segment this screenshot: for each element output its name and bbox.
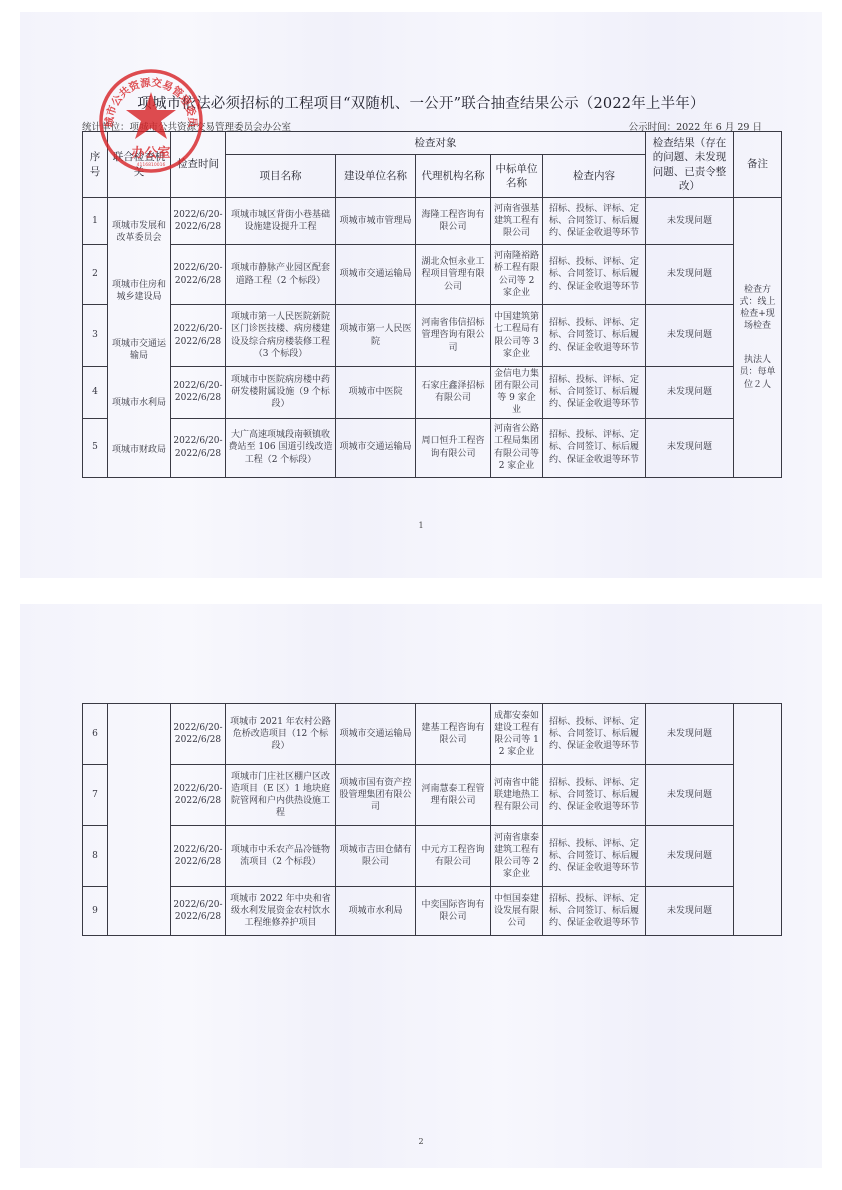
row-agent: 河南慧泰工程管理有限公司 — [416, 765, 491, 826]
header-seq: 序号 — [83, 132, 108, 198]
table-row: 1项城市发展和改革委员会项城市住房和城乡建设局项城市交通运输局项城市水利局项城市… — [83, 198, 782, 245]
table-row: 92022/6/20-2022/6/28项城市 2022 年中央和省级水利发展资… — [83, 887, 782, 936]
row-time: 2022/6/20-2022/6/28 — [171, 367, 226, 419]
row-agent: 中奕国际咨询有限公司 — [416, 887, 491, 936]
row-result: 未发现问题 — [646, 418, 734, 477]
row-agent: 石家庄鑫泽招标有限公司 — [416, 367, 491, 419]
row-seq: 5 — [83, 418, 108, 477]
row-content: 招标、投标、评标、定标、合同签订、标后履约、保证金收退等环节 — [543, 765, 646, 826]
table-row: 52022/6/20-2022/6/28大广高速项城段南顿镇收费站至 106 国… — [83, 418, 782, 477]
row-result: 未发现问题 — [646, 245, 734, 305]
row-result: 未发现问题 — [646, 826, 734, 887]
joint-agency-name: 项城市交通运输局 — [108, 338, 170, 362]
document-page-1: 项城市依法必须招标的工程项目“双随机、一公开”联合抽查结果公示（2022年上半年… — [20, 12, 822, 578]
joint-agency-name: 项城市住房和城乡建设局 — [108, 279, 170, 303]
joint-agencies-cell-empty — [108, 704, 171, 936]
row-builder: 项城市城市管理局 — [336, 198, 416, 245]
joint-agency-name: 项城市财政局 — [108, 444, 170, 456]
row-agent: 河南省伟信招标管理咨询有限公司 — [416, 305, 491, 367]
row-builder: 项城市水利局 — [336, 887, 416, 936]
row-seq: 1 — [83, 198, 108, 245]
row-result: 未发现问题 — [646, 704, 734, 765]
row-builder: 项城市交通运输局 — [336, 418, 416, 477]
inspection-results-table: 序号 联合检查机 关 检查时间 检查对象 检查结果（存在的问题、未发现问题、已责… — [82, 131, 782, 478]
row-agent: 建基工程咨询有限公司 — [416, 704, 491, 765]
document-title: 项城市依法必须招标的工程项目“双随机、一公开”联合抽查结果公示（2022年上半年… — [20, 92, 822, 113]
header-agent: 代理机构名称 — [416, 155, 491, 198]
row-project: 项城市第一人民医院新院区门诊医技楼、病房楼建设及综合病房楼装修工程（3 个标段） — [226, 305, 336, 367]
row-seq: 6 — [83, 704, 108, 765]
row-time: 2022/6/20-2022/6/28 — [171, 245, 226, 305]
header-note: 备注 — [734, 132, 782, 198]
row-content: 招标、投标、评标、定标、合同签订、标后履约、保证金收退等环节 — [543, 704, 646, 765]
row-agent: 周口恒升工程咨询有限公司 — [416, 418, 491, 477]
row-agent: 湖北众恒永业工程项目管理有限公司 — [416, 245, 491, 305]
row-seq: 4 — [83, 367, 108, 419]
row-builder: 项城市交通运输局 — [336, 704, 416, 765]
row-content: 招标、投标、评标、定标、合同签订、标后履约、保证金收退等环节 — [543, 245, 646, 305]
row-agent: 中元方工程咨询有限公司 — [416, 826, 491, 887]
row-project: 项城市中医院病房楼中药研发楼附属设施（9 个标段） — [226, 367, 336, 419]
row-time: 2022/6/20-2022/6/28 — [171, 704, 226, 765]
row-result: 未发现问题 — [646, 765, 734, 826]
row-project: 项城市 2021 年农村公路危桥改造项目（12 个标段） — [226, 704, 336, 765]
row-time: 2022/6/20-2022/6/28 — [171, 198, 226, 245]
row-result: 未发现问题 — [646, 198, 734, 245]
header-result: 检查结果（存在的问题、未发现问题、已责令整改） — [646, 132, 734, 198]
row-agent: 海隆工程咨询有限公司 — [416, 198, 491, 245]
row-result: 未发现问题 — [646, 887, 734, 936]
row-time: 2022/6/20-2022/6/28 — [171, 765, 226, 826]
row-builder: 项城市国有资产控股管理集团有限公司 — [336, 765, 416, 826]
row-project: 项城市门庄社区棚户区改造项目（E 区）1 地块庭院管网和户内供热设施工程 — [226, 765, 336, 826]
row-seq: 3 — [83, 305, 108, 367]
header-project: 项目名称 — [226, 155, 336, 198]
table-row: 42022/6/20-2022/6/28项城市中医院病房楼中药研发楼附属设施（9… — [83, 367, 782, 419]
table-row: 62022/6/20-2022/6/28项城市 2021 年农村公路危桥改造项目… — [83, 704, 782, 765]
row-result: 未发现问题 — [646, 367, 734, 419]
row-builder: 项城市第一人民医院 — [336, 305, 416, 367]
row-content: 招标、投标、评标、定标、合同签订、标后履约、保证金收退等环节 — [543, 826, 646, 887]
table-row: 72022/6/20-2022/6/28项城市门庄社区棚户区改造项目（E 区）1… — [83, 765, 782, 826]
header-agency: 联合检查机 关 — [108, 132, 171, 198]
header-inspection-target: 检查对象 — [226, 132, 646, 155]
inspection-results-table-continued: 62022/6/20-2022/6/28项城市 2021 年农村公路危桥改造项目… — [82, 703, 782, 936]
row-winner: 中国建筑第七工程局有限公司等 3 家企业 — [491, 305, 543, 367]
row-seq: 9 — [83, 887, 108, 936]
document-page-2: 62022/6/20-2022/6/28项城市 2021 年农村公路危桥改造项目… — [20, 604, 822, 1168]
row-builder: 项城市吉田仓储有限公司 — [336, 826, 416, 887]
row-winner: 成都安泰如建设工程有限公司等 12 家企业 — [491, 704, 543, 765]
row-winner: 河南省康泰建筑工程有限公司等 2 家企业 — [491, 826, 543, 887]
row-project: 大广高速项城段南顿镇收费站至 106 国道引线改造工程（2 个标段） — [226, 418, 336, 477]
row-project: 项城市中禾农产品冷链物流项目（2 个标段） — [226, 826, 336, 887]
table-row: 82022/6/20-2022/6/28项城市中禾农产品冷链物流项目（2 个标段… — [83, 826, 782, 887]
row-winner: 河南隆裕路桥工程有限公司等 2 家企业 — [491, 245, 543, 305]
row-content: 招标、投标、评标、定标、合同签订、标后履约、保证金收退等环节 — [543, 305, 646, 367]
page-number: 1 — [20, 521, 822, 530]
row-result: 未发现问题 — [646, 305, 734, 367]
row-time: 2022/6/20-2022/6/28 — [171, 418, 226, 477]
row-content: 招标、投标、评标、定标、合同签订、标后履约、保证金收退等环节 — [543, 418, 646, 477]
note-cell: 检查方式：线上检查+现场检查执法人员：每单位２人 — [734, 198, 782, 478]
row-winner: 中恒国泰建设发展有限公司 — [491, 887, 543, 936]
header-winner: 中标单位名称 — [491, 155, 543, 198]
row-seq: 8 — [83, 826, 108, 887]
row-seq: 7 — [83, 765, 108, 826]
table-row: 22022/6/20-2022/6/28项城市静脉产业园区配套道路工程（2 个标… — [83, 245, 782, 305]
header-time: 检查时间 — [171, 132, 226, 198]
row-winner: 金信电力集团有限公司等 9 家企业 — [491, 367, 543, 419]
note-line: 检查方式：线上检查+现场检查 — [736, 284, 779, 333]
row-winner: 河南省公路工程局集团有限公司等 2 家企业 — [491, 418, 543, 477]
joint-agency-name: 项城市水利局 — [108, 397, 170, 409]
row-content: 招标、投标、评标、定标、合同签订、标后履约、保证金收退等环节 — [543, 198, 646, 245]
row-time: 2022/6/20-2022/6/28 — [171, 887, 226, 936]
row-project: 项城市 2022 年中央和省级水利发展资金农村饮水工程维修养护项目 — [226, 887, 336, 936]
row-winner: 河南省中能联建地热工程有限公司 — [491, 765, 543, 826]
row-builder: 项城市中医院 — [336, 367, 416, 419]
row-content: 招标、投标、评标、定标、合同签订、标后履约、保证金收退等环节 — [543, 887, 646, 936]
page-number: 2 — [20, 1137, 822, 1146]
row-seq: 2 — [83, 245, 108, 305]
header-content: 检查内容 — [543, 155, 646, 198]
row-project: 项城市城区背街小巷基础设施建设提升工程 — [226, 198, 336, 245]
row-time: 2022/6/20-2022/6/28 — [171, 826, 226, 887]
header-builder: 建设单位名称 — [336, 155, 416, 198]
joint-agency-name: 项城市发展和改革委员会 — [108, 220, 170, 244]
note-line: 执法人员：每单位２人 — [736, 354, 779, 390]
row-time: 2022/6/20-2022/6/28 — [171, 305, 226, 367]
note-cell-empty — [734, 704, 782, 936]
joint-agencies-cell: 项城市发展和改革委员会项城市住房和城乡建设局项城市交通运输局项城市水利局项城市财… — [108, 198, 171, 478]
row-content: 招标、投标、评标、定标、合同签订、标后履约、保证金收退等环节 — [543, 367, 646, 419]
row-builder: 项城市交通运输局 — [336, 245, 416, 305]
row-winner: 河南省强基建筑工程有限公司 — [491, 198, 543, 245]
table-row: 32022/6/20-2022/6/28项城市第一人民医院新院区门诊医技楼、病房… — [83, 305, 782, 367]
row-project: 项城市静脉产业园区配套道路工程（2 个标段） — [226, 245, 336, 305]
